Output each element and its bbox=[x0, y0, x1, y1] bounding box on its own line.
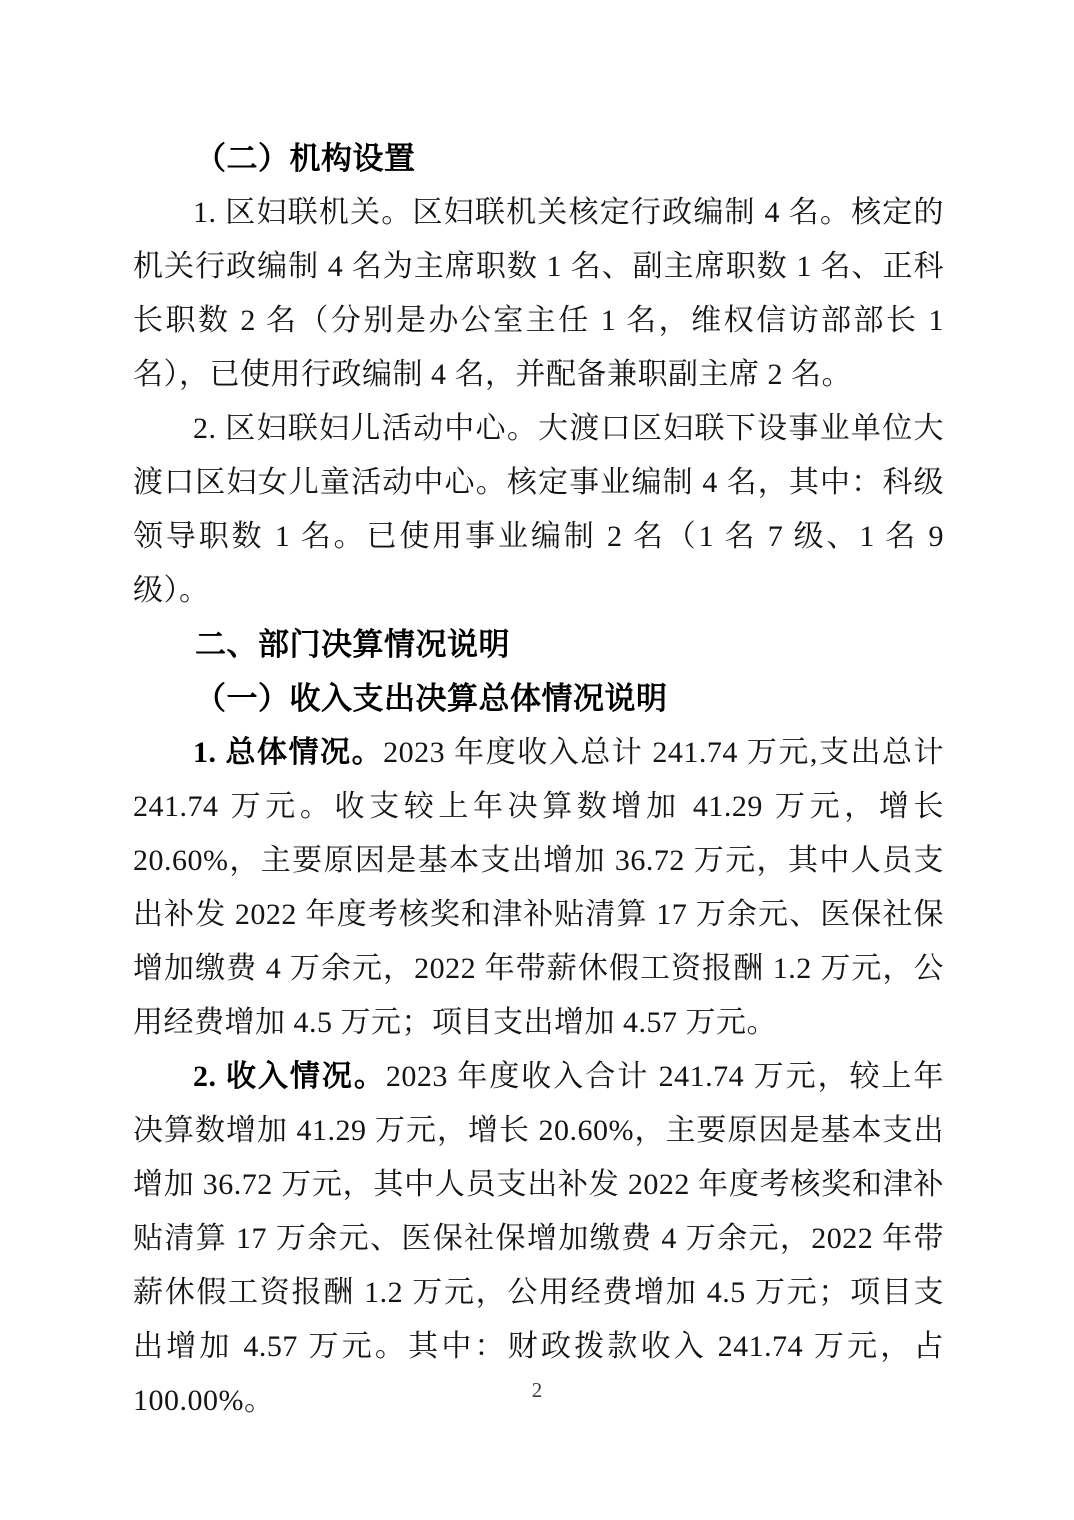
para-income-lead: 2. 收入情况。 bbox=[193, 1060, 386, 1093]
document-page: （二）机构设置 1. 区妇联机关。区妇联机关核定行政编制 4 名。核定的机关行政… bbox=[0, 0, 1074, 1520]
document-body: （二）机构设置 1. 区妇联机关。区妇联机关核定行政编制 4 名。核定的机关行政… bbox=[133, 132, 944, 1428]
para-income-situation: 2. 收入情况。2023 年度收入合计 241.74 万元，较上年决算数增加 4… bbox=[133, 1050, 944, 1428]
para-overall-situation: 1. 总体情况。2023 年度收入总计 241.74 万元,支出总计 241.7… bbox=[133, 726, 944, 1050]
para-activity-center: 2. 区妇联妇儿活动中心。大渡口区妇联下设事业单位大渡口区妇女儿童活动中心。核定… bbox=[133, 402, 944, 618]
heading-org-structure: （二）机构设置 bbox=[133, 132, 944, 186]
heading-final-accounts: 二、部门决算情况说明 bbox=[133, 618, 944, 672]
heading-income-expense-overview: （一）收入支出决算总体情况说明 bbox=[133, 672, 944, 726]
para-overall-lead: 1. 总体情况。 bbox=[193, 736, 383, 769]
para-income-body: 2023 年度收入合计 241.74 万元，较上年决算数增加 41.29 万元，… bbox=[133, 1060, 944, 1417]
page-number: 2 bbox=[0, 1378, 1074, 1403]
para-fulian-office: 1. 区妇联机关。区妇联机关核定行政编制 4 名。核定的机关行政编制 4 名为主… bbox=[133, 186, 944, 402]
para-overall-body: 2023 年度收入总计 241.74 万元,支出总计 241.74 万元。收支较… bbox=[133, 736, 944, 1039]
